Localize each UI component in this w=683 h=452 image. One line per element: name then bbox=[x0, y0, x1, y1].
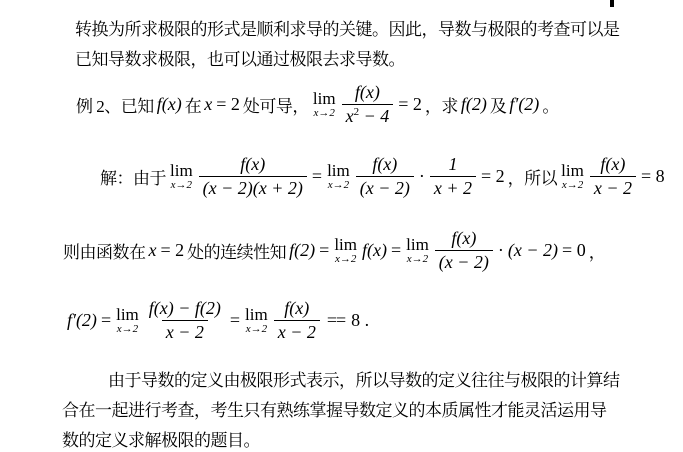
paragraph2-line2: 合在一起进行考查，考生只有熟练掌握导数定义的本质属性才能灵活运用导 bbox=[62, 396, 607, 421]
limit-word: lim bbox=[170, 162, 193, 179]
limit-subscript: x→2 bbox=[246, 324, 267, 335]
fraction: f(x) (x − 2)(x + 2) bbox=[199, 154, 307, 197]
limit-operator: lim x→2 bbox=[170, 162, 193, 191]
math-equals: = bbox=[312, 166, 322, 187]
fraction-numerator: f(x) bbox=[596, 154, 629, 175]
fraction-denominator: (x − 2) bbox=[356, 176, 414, 198]
math-equals-2: = 2 bbox=[481, 166, 505, 187]
fraction-numerator: f(x) bbox=[351, 82, 384, 103]
fraction: f(x) − f(2) x − 2 bbox=[145, 298, 225, 341]
math-long-equals: == bbox=[327, 310, 345, 331]
math-equals-2: = 2 bbox=[161, 240, 185, 261]
fraction-denominator: x − 2 bbox=[590, 176, 636, 198]
limit-operator: lim x→2 bbox=[327, 162, 350, 191]
formula-example: 例 2、已知 f(x) 在 x = 2 处可导， lim x→2 f(x) x2… bbox=[75, 82, 560, 126]
limit-word: lim bbox=[334, 236, 357, 253]
math-factor: (x − 2) bbox=[508, 240, 558, 261]
limit-operator: lim x→2 bbox=[406, 236, 429, 265]
limit-operator: lim x→2 bbox=[116, 306, 139, 335]
fraction-numerator: f(x) bbox=[236, 154, 269, 175]
paragraph2-line1: 由于导数的定义由极限形式表示，所以导数的定义往往与极限的计算结 bbox=[108, 366, 620, 391]
limit-subscript: x→2 bbox=[328, 180, 349, 191]
limit-word: lim bbox=[406, 236, 429, 253]
math-fx: f(x) bbox=[362, 240, 387, 261]
formula-solution: 解：由于 lim x→2 f(x) (x − 2)(x + 2) = lim x… bbox=[99, 152, 667, 200]
limit-subscript: x→2 bbox=[314, 108, 335, 119]
paragraph2-line3: 数的定义求解极限的题目。 bbox=[62, 426, 260, 451]
fraction-numerator: f(x) bbox=[280, 298, 313, 319]
math-fx: f(x) bbox=[157, 94, 182, 115]
example-text-differentiable: 处可导， bbox=[243, 92, 309, 117]
paragraph1-line1: 转换为所求极限的形式是顺利求导的关键。因此，导数与极限的考查可以是 bbox=[75, 15, 620, 40]
math-equals-8: = 8 bbox=[641, 166, 665, 187]
math-var-x: x bbox=[149, 240, 157, 261]
limit-word: lim bbox=[245, 306, 268, 323]
example-text-at: 在 bbox=[185, 92, 202, 117]
fraction: f(x) x − 2 bbox=[274, 298, 320, 341]
fraction-numerator: 1 bbox=[444, 154, 461, 175]
denominator-rest: − 4 bbox=[359, 106, 389, 126]
fraction: f(x) (x − 2) bbox=[435, 228, 493, 271]
continuity-text-know: 处的连续性知 bbox=[187, 238, 286, 263]
limit-operator: lim x→2 bbox=[561, 162, 584, 191]
limit-subscript: x→2 bbox=[171, 180, 192, 191]
example-text-find: ，求 bbox=[425, 92, 458, 117]
continuity-text-then: 则由函数在 bbox=[63, 238, 146, 263]
fraction-denominator: x2 − 4 bbox=[342, 104, 394, 126]
math-f2: f(2) bbox=[289, 240, 315, 261]
limit-subscript: x→2 bbox=[562, 180, 583, 191]
math-fprime2: f′(2) bbox=[509, 94, 539, 115]
fraction-numerator: f(x) bbox=[368, 154, 401, 175]
math-equals: = bbox=[101, 310, 111, 331]
math-multiply-dot: · bbox=[419, 166, 425, 187]
continuity-text-comma: ， bbox=[589, 238, 606, 263]
fraction: 1 x + 2 bbox=[430, 154, 476, 197]
fraction-denominator: x − 2 bbox=[274, 320, 320, 342]
limit-subscript: x→2 bbox=[117, 324, 138, 335]
limit-word: lim bbox=[313, 90, 336, 107]
fraction-denominator: x − 2 bbox=[162, 320, 208, 342]
math-fprime2: f′(2) bbox=[67, 310, 97, 331]
math-multiply-dot: · bbox=[498, 240, 504, 261]
math-equals-2: = 2 bbox=[216, 94, 240, 115]
fraction: f(x) x − 2 bbox=[590, 154, 636, 197]
math-f2: f(2) bbox=[461, 94, 487, 115]
fraction-denominator: (x − 2) bbox=[435, 250, 493, 272]
limit-word: lim bbox=[561, 162, 584, 179]
fraction-denominator: x + 2 bbox=[430, 176, 476, 198]
corner-mark bbox=[610, 0, 614, 7]
fraction: f(x) (x − 2) bbox=[356, 154, 414, 197]
formula-continuity: 则由函数在 x = 2 处的连续性知 f(2) = lim x→2 f(x) =… bbox=[62, 226, 606, 274]
denominator-base: x bbox=[346, 106, 354, 126]
limit-subscript: x→2 bbox=[335, 254, 356, 265]
math-equals-0: = 0 bbox=[562, 240, 586, 261]
fraction-denominator: (x − 2)(x + 2) bbox=[199, 176, 307, 198]
math-var-x: x bbox=[204, 94, 212, 115]
limit-word: lim bbox=[327, 162, 350, 179]
limit-operator: lim x→2 bbox=[334, 236, 357, 265]
solution-text-therefore: ，所以 bbox=[508, 164, 558, 189]
example-text-and: 及 bbox=[490, 92, 507, 117]
formula-derivative: f′(2) = lim x→2 f(x) − f(2) x − 2 = lim … bbox=[65, 296, 371, 344]
math-result-8: 8 . bbox=[351, 310, 369, 331]
math-equals: = bbox=[230, 310, 240, 331]
math-equals: = bbox=[391, 240, 401, 261]
example-text-period: 。 bbox=[542, 92, 559, 117]
document-page: 转换为所求极限的形式是顺利求导的关键。因此，导数与极限的考查可以是 已知导数求极… bbox=[0, 0, 683, 452]
example-text-intro: 例 2、已知 bbox=[76, 92, 154, 117]
paragraph1-line2: 已知导数求极限，也可以通过极限去求导数。 bbox=[75, 45, 405, 70]
limit-operator: lim x→2 bbox=[313, 90, 336, 119]
limit-subscript: x→2 bbox=[407, 254, 428, 265]
fraction-numerator: f(x) bbox=[447, 228, 480, 249]
math-equals-2: = 2 bbox=[398, 94, 422, 115]
fraction-numerator: f(x) − f(2) bbox=[145, 298, 225, 319]
limit-operator: lim x→2 bbox=[245, 306, 268, 335]
fraction: f(x) x2 − 4 bbox=[342, 82, 394, 125]
limit-word: lim bbox=[116, 306, 139, 323]
solution-text-since: 解：由于 bbox=[100, 164, 166, 189]
math-equals: = bbox=[319, 240, 329, 261]
